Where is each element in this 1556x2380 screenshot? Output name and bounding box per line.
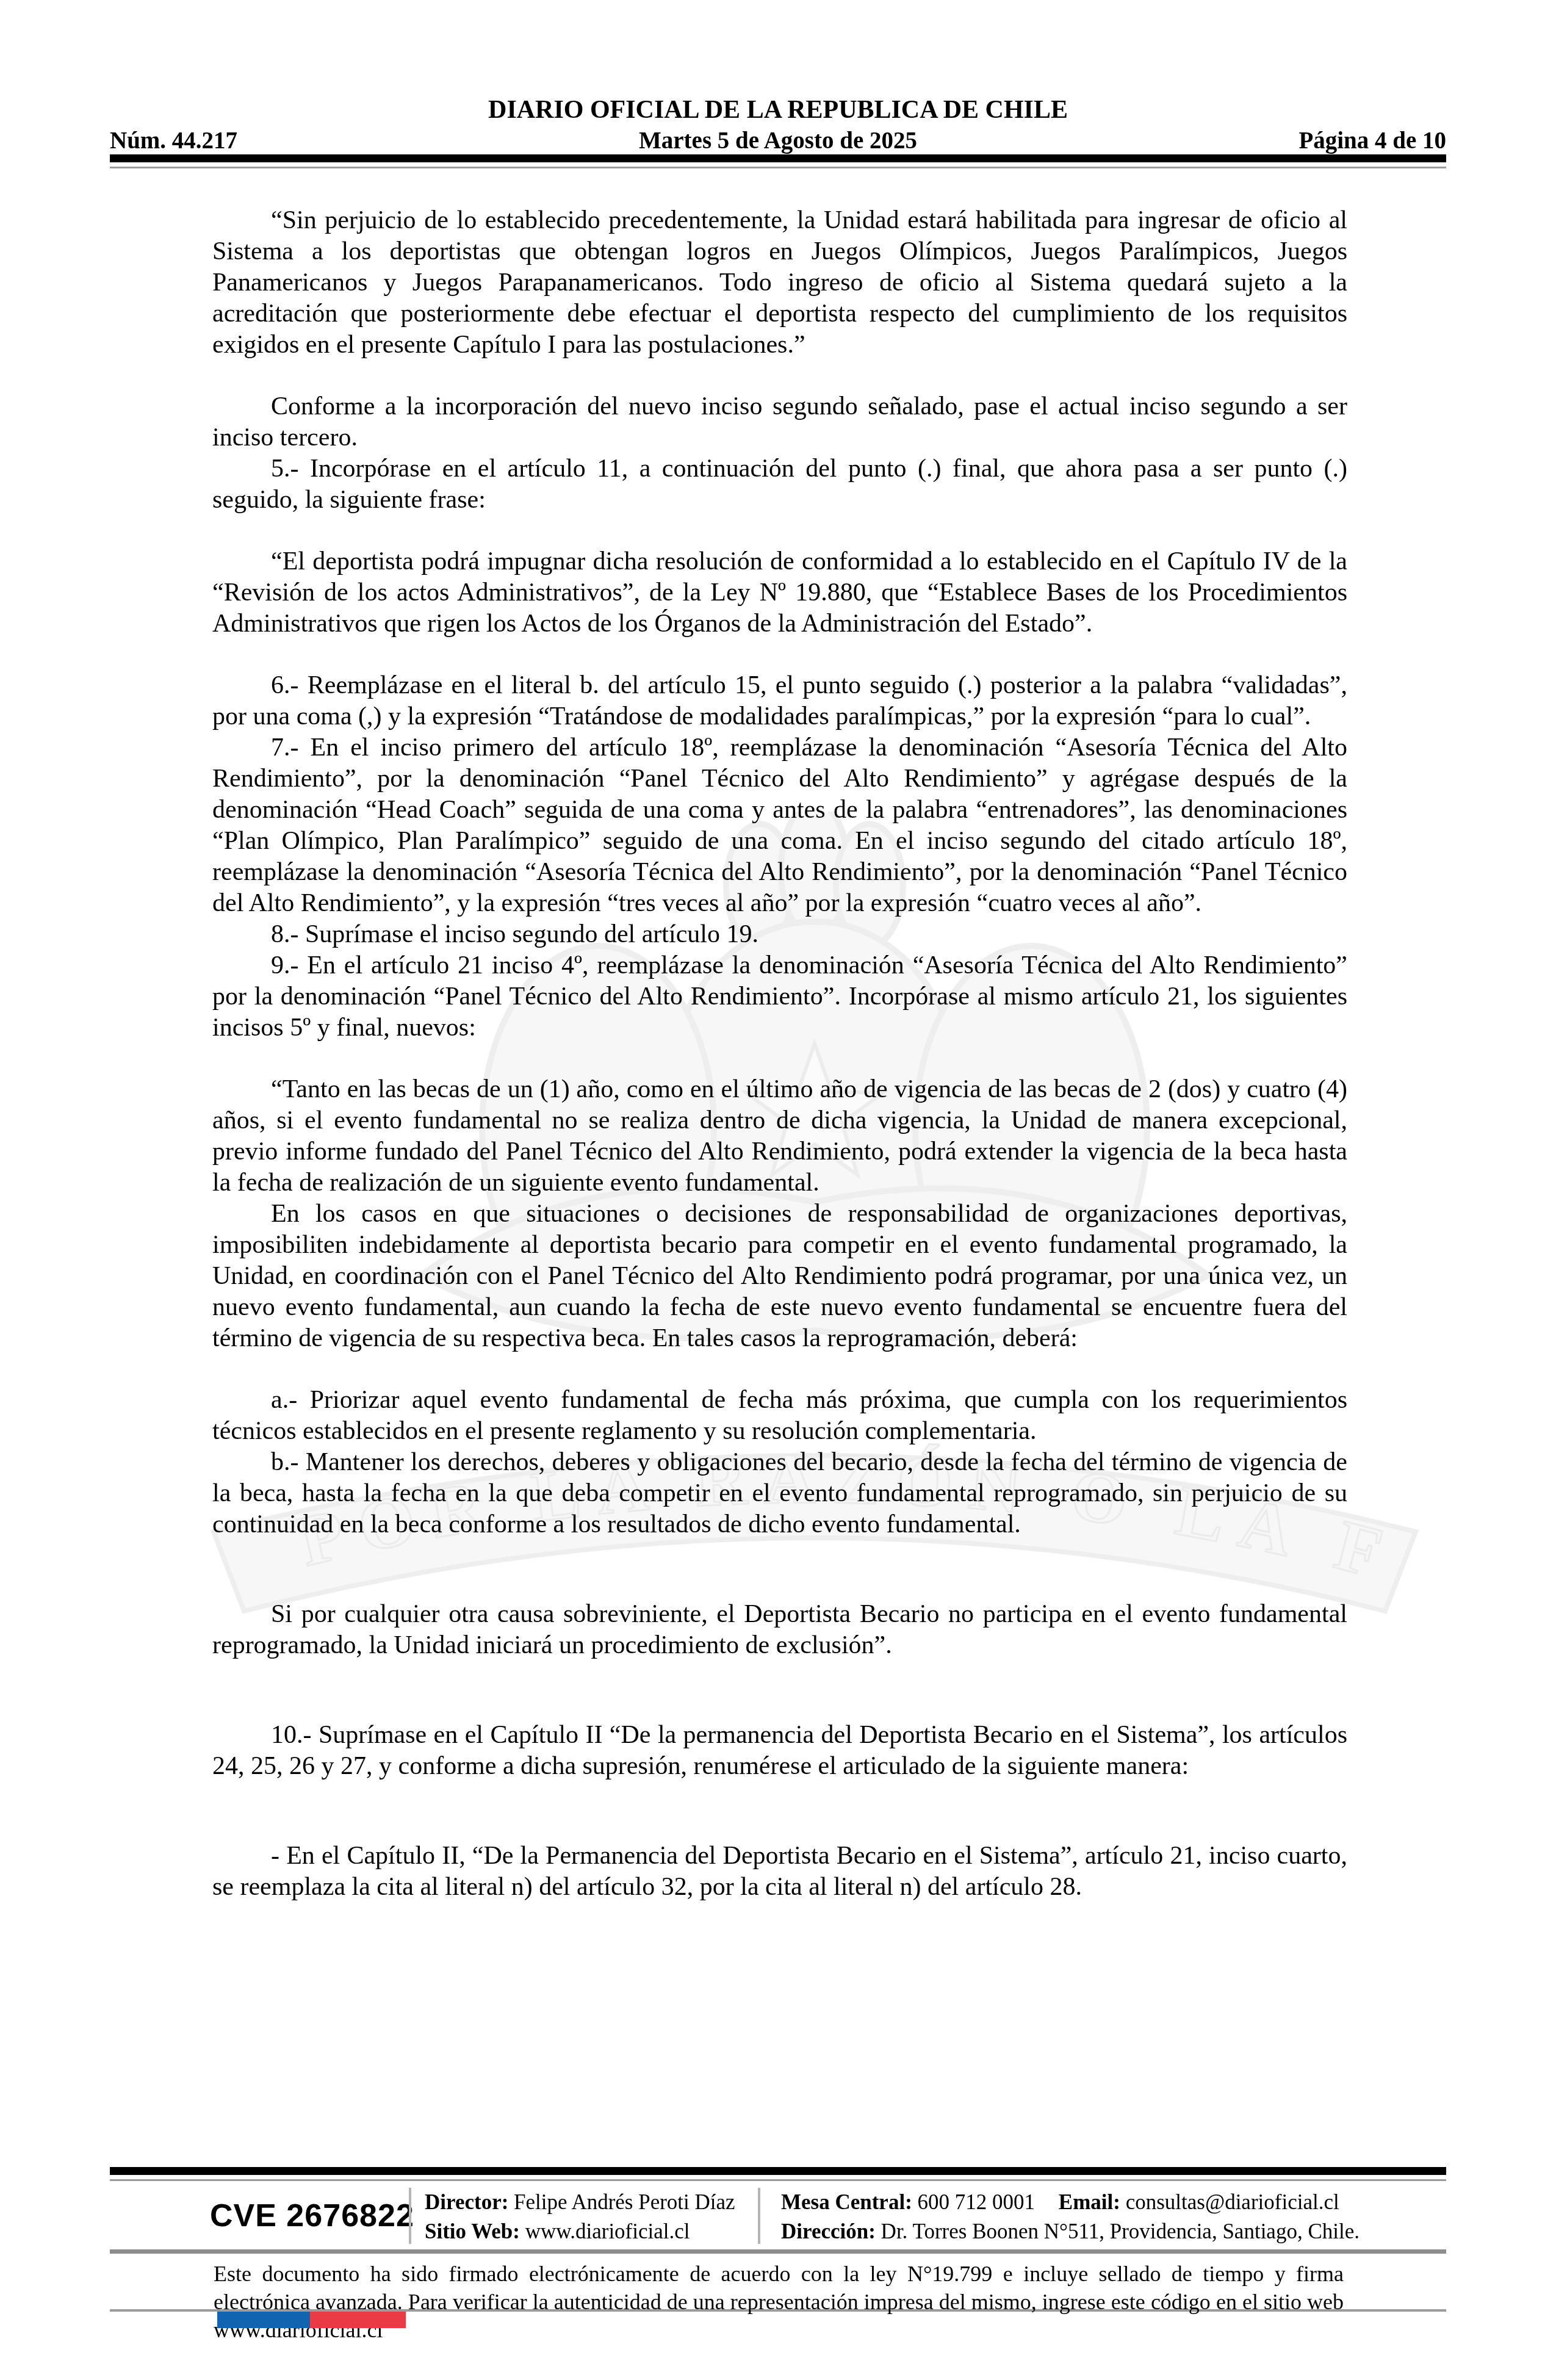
body-paragraph: 10.- Suprímase en el Capítulo II “De la … <box>212 1720 1347 1782</box>
director-name: Felipe Andrés Peroti Díaz <box>514 2190 735 2214</box>
body-paragraph: “Tanto en las becas de un (1) año, como … <box>212 1074 1347 1199</box>
document-page: DIARIO OFICIAL DE LA REPUBLICA DE CHILE … <box>0 0 1556 2380</box>
website-line: Sitio Web: www.diarioficial.cl <box>425 2217 735 2246</box>
chile-flag-blue <box>217 2312 310 2328</box>
body-paragraph: En los casos en que situaciones o decisi… <box>212 1199 1347 1354</box>
footer-rule-thick <box>110 2167 1446 2175</box>
address-line: Dirección: Dr. Torres Boonen N°511, Prov… <box>781 2217 1360 2246</box>
body-paragraph: 7.- En el inciso primero del artículo 18… <box>212 732 1347 919</box>
header-rule-thin <box>110 167 1446 168</box>
footer-contact-column: Mesa Central: 600 712 0001 Email: consul… <box>781 2188 1360 2246</box>
header-meta-row: Núm. 44.217 Martes 5 de Agosto de 2025 P… <box>110 127 1446 155</box>
body-paragraph: “El deportista podrá impugnar dicha reso… <box>212 546 1347 640</box>
address-label: Dirección: <box>781 2220 876 2243</box>
body-paragraph: a.- Priorizar aquel evento fundamental d… <box>212 1385 1347 1447</box>
email-label: Email: <box>1059 2190 1120 2214</box>
body-paragraph: Conforme a la incorporación del nuevo in… <box>212 391 1347 453</box>
body-paragraph: “Sin perjuicio de lo establecido precede… <box>212 205 1347 361</box>
body-paragraph: b.- Mantener los derechos, deberes y obl… <box>212 1447 1347 1540</box>
body-paragraph: Si por cualquier otra causa sobrevinient… <box>212 1599 1347 1661</box>
phone-label: Mesa Central: <box>781 2190 912 2214</box>
director-line: Director: Felipe Andrés Peroti Díaz <box>425 2188 735 2217</box>
footer-rule-thin <box>110 2179 1446 2181</box>
footer-divider-1 <box>409 2188 411 2244</box>
header-rule-thick <box>110 154 1446 162</box>
director-label: Director: <box>425 2190 508 2214</box>
page-title: DIARIO OFICIAL DE LA REPUBLICA DE CHILE <box>0 95 1556 124</box>
body-paragraph: 6.- Reemplázase en el literal b. del art… <box>212 670 1347 732</box>
issue-date: Martes 5 de Agosto de 2025 <box>110 127 1446 154</box>
body-paragraph: 9.- En el artículo 21 inciso 4º, reemplá… <box>212 950 1347 1044</box>
chile-flag-red <box>310 2312 406 2328</box>
website-label: Sitio Web: <box>425 2220 520 2243</box>
address-value: Dr. Torres Boonen N°511, Providencia, Sa… <box>881 2220 1360 2243</box>
email-address: consultas@diarioficial.cl <box>1126 2190 1339 2214</box>
body-paragraph: 5.- Incorpórase en el artículo 11, a con… <box>212 453 1347 516</box>
body-text: “Sin perjuicio de lo establecido precede… <box>212 205 1347 1903</box>
footer-separator-rule <box>110 2249 1446 2254</box>
website-url: www.diarioficial.cl <box>525 2220 690 2243</box>
footer-divider-2 <box>758 2188 760 2244</box>
page-indicator: Página 4 de 10 <box>1298 127 1446 154</box>
body-paragraph: 8.- Suprímase el inciso segundo del artí… <box>212 919 1347 950</box>
body-paragraph: - En el Capítulo II, “De la Permanencia … <box>212 1841 1347 1903</box>
chile-flag <box>217 2312 406 2328</box>
legal-notice: Este documento ha sido firmado electróni… <box>214 2260 1344 2344</box>
footer-info-bar: CVE 2676822 Director: Felipe Andrés Pero… <box>110 2187 1446 2246</box>
phone-email-line: Mesa Central: 600 712 0001 Email: consul… <box>781 2188 1360 2217</box>
cve-code: CVE 2676822 <box>210 2198 414 2234</box>
phone-number: 600 712 0001 <box>918 2190 1036 2214</box>
footer-director-column: Director: Felipe Andrés Peroti Díaz Siti… <box>425 2188 735 2246</box>
